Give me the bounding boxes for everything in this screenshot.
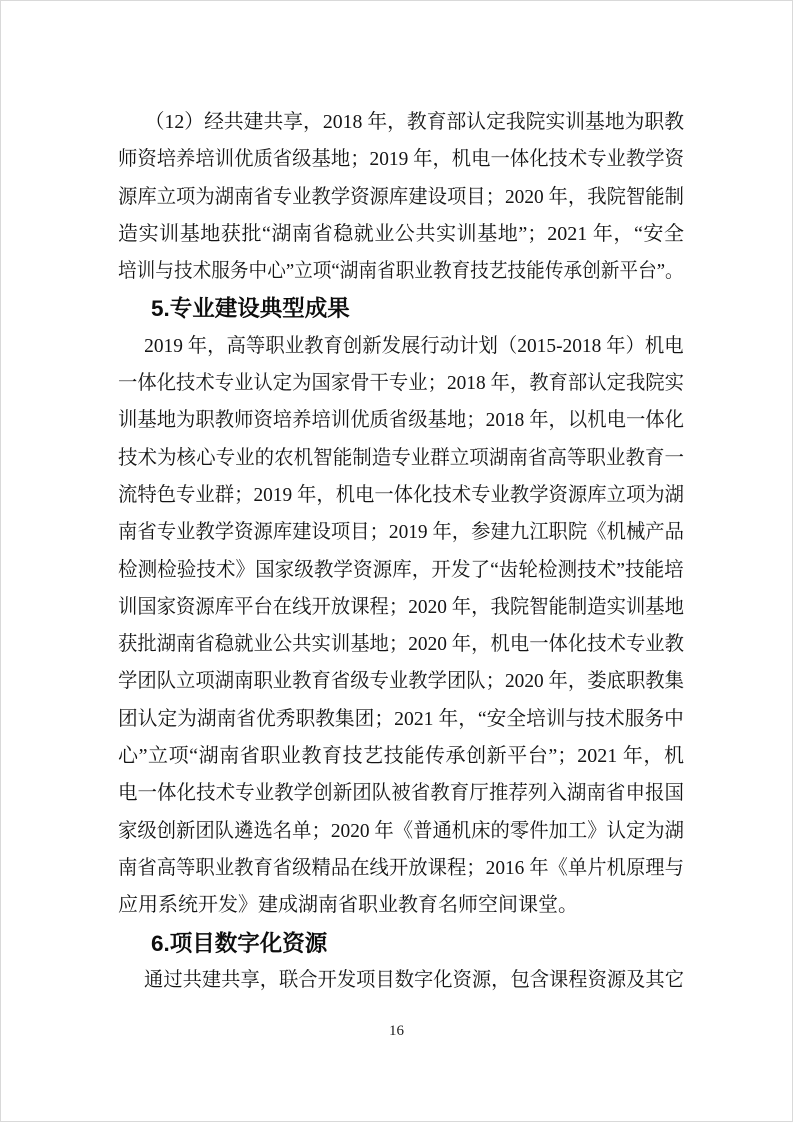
text-line: 检测检验技术》国家级教学资源库，开发了“齿轮检测技术”技能培 <box>118 552 672 589</box>
section-heading-6: 6.项目数字化资源 <box>118 925 684 962</box>
page-number: 16 <box>1 1023 792 1040</box>
text-line: 心”立项“湖南省职业教育技艺技能传承创新平台”；2021 年，机 <box>118 738 684 775</box>
document-page: （12）经共建共享，2018 年，教育部认定我院实训基地为职教 师资培养培训优质… <box>0 0 793 1122</box>
text-line: 应用系统开发》建成湖南省职业教育名师空间课堂。 <box>118 887 684 924</box>
text-line: 南省专业教学资源库建设项目；2019 年，参建九江职院《机械产品 <box>118 514 666 551</box>
section-heading-5: 5.专业建设典型成果 <box>118 290 684 327</box>
text-line: 获批湖南省稳就业公共实训基地；2020 年，机电一体化技术专业教 <box>118 626 666 663</box>
text-line: 源库立项为湖南省专业教学资源库建设项目；2020 年，我院智能制 <box>118 179 666 216</box>
text-line: 训基地为职教师资培养培训优质省级基地；2018 年，以机电一体化 <box>118 402 666 439</box>
text-line: 师资培养培训优质省级基地；2019 年，机电一体化技术专业教学资 <box>118 141 666 178</box>
text-line: 南省高等职业教育省级精品在线开放课程；2016 年《单片机原理与 <box>118 850 666 887</box>
text-line: 团认定为湖南省优秀职教集团；2021 年，“安全培训与技术服务中 <box>118 701 676 738</box>
text-line: 一体化技术专业认定为国家骨干专业；2018 年，教育部认定我院实 <box>118 365 666 402</box>
text-line: 造实训基地获批“湖南省稳就业公共实训基地”；2021 年，“安全 <box>118 216 684 253</box>
text-line: 学团队立项湖南职业教育省级专业教学团队；2020 年，娄底职教集 <box>118 663 666 700</box>
text-line: 电一体化技术专业教学创新团队被省教育厅推荐列入湖南省申报国 <box>118 775 670 812</box>
text-line: （12）经共建共享，2018 年，教育部认定我院实训基地为职教 <box>118 104 678 141</box>
page-body: （12）经共建共享，2018 年，教育部认定我院实训基地为职教 师资培养培训优质… <box>118 104 684 1000</box>
text-line: 家级创新团队遴选名单；2020 年《普通机床的零件加工》认定为湖 <box>118 813 666 850</box>
text-line: 流特色专业群；2019 年，机电一体化技术专业教学资源库立项为湖 <box>118 477 666 514</box>
text-line: 训国家资源库平台在线开放课程；2020 年，我院智能制造实训基地 <box>118 589 666 626</box>
text-line: 技术为核心专业的农机智能制造专业群立项湖南省高等职业教育一 <box>118 440 670 477</box>
text-line: 培训与技术服务中心”立项“湖南省职业教育技艺技能传承创新平台”。 <box>118 253 646 290</box>
text-line: 2019 年，高等职业教育创新发展行动计划（2015-2018 年）机电 <box>118 328 667 365</box>
text-line: 通过共建共享，联合开发项目数字化资源，包含课程资源及其它 <box>118 962 664 999</box>
